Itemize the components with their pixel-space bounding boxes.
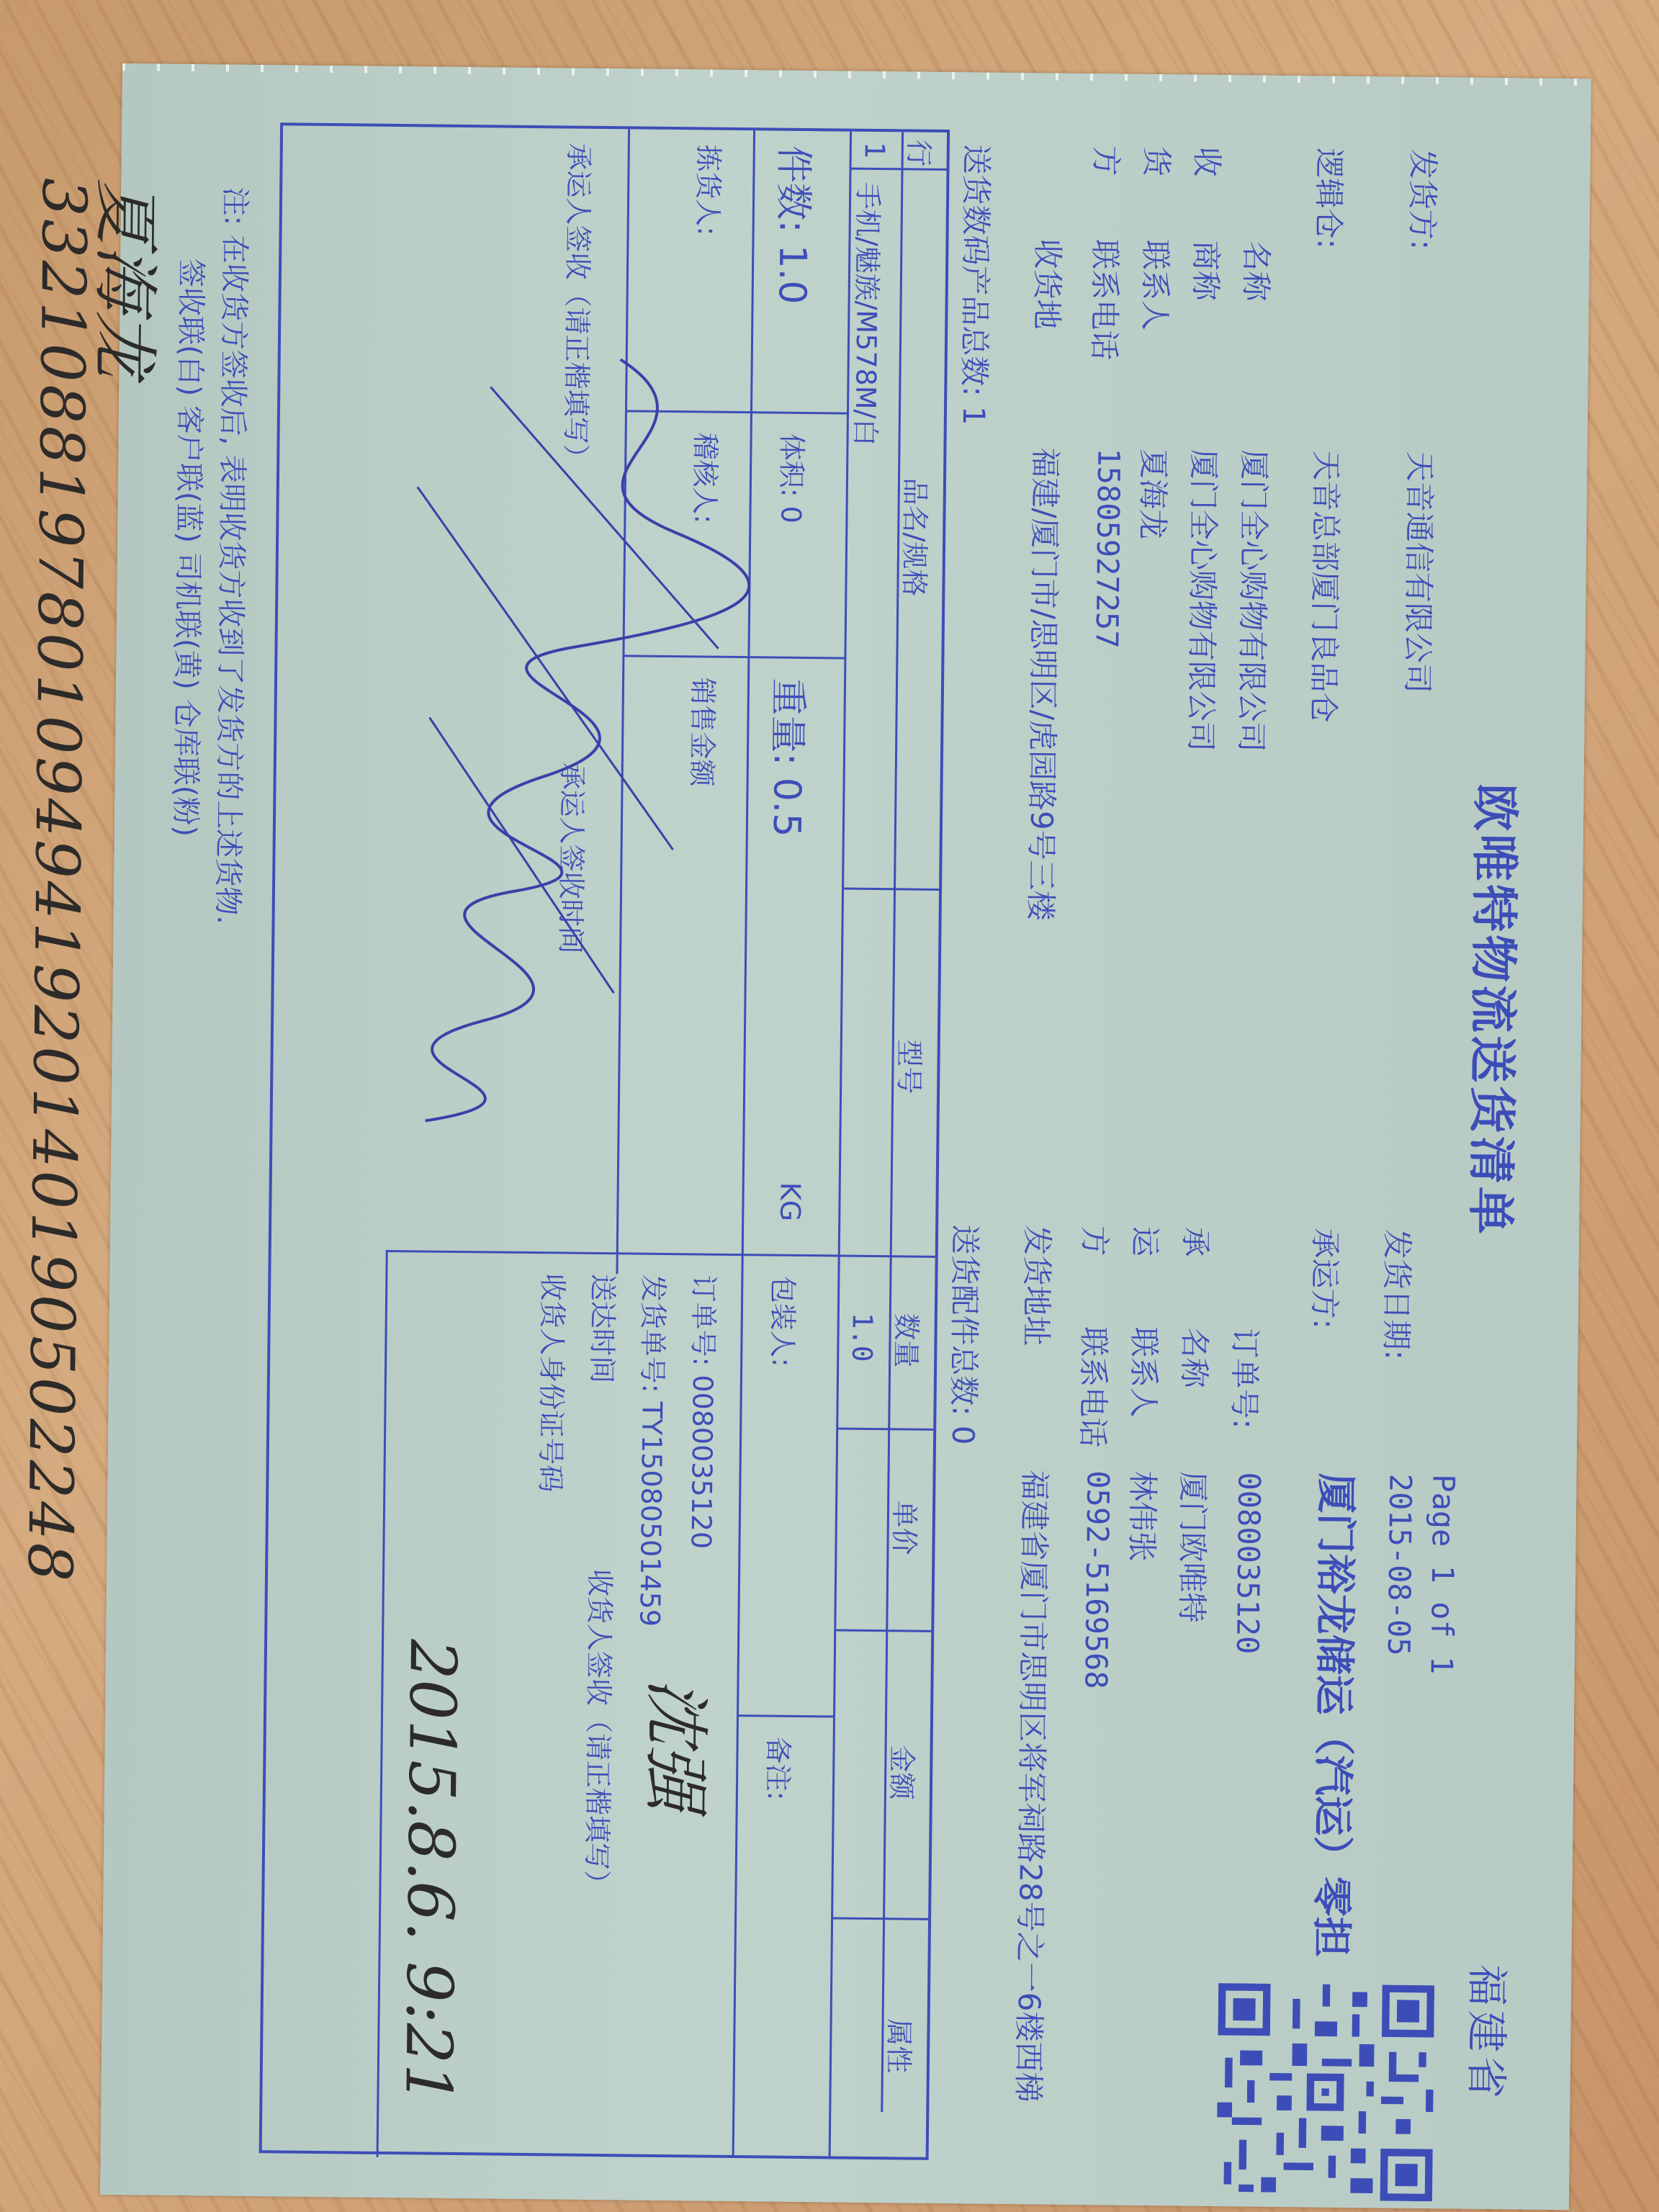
receiver-contact-label: 联系人: [1135, 240, 1179, 331]
delivery-slip: 欧唯特物流送货清单 福建省 发货方: 天音通信有限公司 逻辑仓: 天音总部厦门良…: [100, 63, 1591, 2210]
carrier-contact-value: 林伟张: [1122, 1471, 1166, 1563]
summary-remark: 备注:: [760, 1736, 801, 1800]
summary-pieces: 件数: 1.0: [769, 145, 824, 305]
ship-date-label: 发货日期:: [1376, 1228, 1421, 1360]
summary-volume: 体积: 0: [773, 433, 814, 524]
receiver-phone-value: 15805927257: [1089, 448, 1127, 649]
total-code-products: 送货数码产品总数: 1: [954, 144, 1000, 426]
warehouse-label: 逻辑仓:: [1308, 148, 1352, 249]
receiver-sign-label: 收货人签收（请正楷填写）: [579, 1569, 622, 1898]
carrier-order-value: 0080035120: [1230, 1472, 1267, 1654]
carrier-side-label-1: 承: [1176, 1226, 1219, 1257]
warehouse-value: 天音总部厦门良品仓: [1304, 450, 1350, 723]
receiver-address-label: 收货地: [1027, 238, 1071, 330]
summary-weight-unit: KG: [774, 1182, 806, 1222]
qr-code-icon: [1216, 1983, 1434, 2201]
table-header-qty: 数量: [889, 1313, 929, 1368]
carrier-name-label: 名称: [1174, 1327, 1218, 1388]
table-cell-name: 手机/魅族/M578M/白: [848, 182, 890, 446]
receiver-side-label-2: 货: [1136, 146, 1179, 177]
receiver-side-label-3: 方: [1086, 145, 1129, 176]
receiver-phone-label: 联系电话: [1084, 239, 1129, 361]
slip-content: 欧唯特物流送货清单 福建省 发货方: 天音通信有限公司 逻辑仓: 天音总部厦门良…: [150, 93, 1569, 2181]
delivery-time-label: 送达时间: [585, 1274, 626, 1384]
handwritten-signed-datetime: 2015.8.6. 9:21: [391, 1639, 470, 2104]
page-indicator: Page 1 of 1: [1424, 1474, 1462, 1675]
carrier-address-label: 发货地址: [1016, 1225, 1061, 1346]
receiver-side-label-1: 收: [1187, 146, 1230, 177]
table-cell-qty: 1.0: [846, 1313, 878, 1362]
ship-date-value: 2015-08-05: [1381, 1473, 1419, 1655]
receiver-short-value: 厦门全心购物有限公司: [1181, 449, 1227, 752]
picker-label: 拣货人:: [691, 144, 731, 235]
receiver-short-label: 商称: [1186, 240, 1230, 301]
receiver-address-value: 福建/厦门市/思明区/虎园路9号三楼: [1021, 447, 1069, 921]
carrier-contact-label: 联系人: [1123, 1327, 1167, 1419]
footer-note-line-1: 注: 在收货方签收后, 表明收货方收到了发货方的上述货物.: [209, 186, 258, 925]
table-header-amount: 金额: [884, 1745, 925, 1800]
receiver-id-label: 收货人身份证号码: [533, 1273, 575, 1493]
sender-label: 发货方:: [1402, 149, 1446, 251]
total-parts: 送货配件总数: 0: [943, 1224, 989, 1445]
receiver-name-value: 厦门全心购物有限公司: [1231, 449, 1277, 752]
table-header-model: 型号: [891, 1039, 932, 1094]
table-cell-line: 1: [859, 142, 891, 158]
carrier-side-label-2: 运: [1125, 1226, 1169, 1257]
document-title: 欧唯特物流送货清单: [1460, 783, 1534, 1238]
carrier-order-label: 订单号:: [1224, 1328, 1268, 1429]
carrier-phone-value: 0592-5169568: [1078, 1470, 1115, 1689]
receiver-name-label: 名称: [1236, 240, 1280, 302]
sender-value: 天音通信有限公司: [1398, 451, 1444, 694]
handwritten-id-number: 3321088197801094941920140190502248: [14, 178, 99, 1585]
carrier-phone-label: 联系电话: [1073, 1326, 1118, 1448]
carrier-side-label-3: 方: [1075, 1226, 1118, 1256]
table-header-price: 单价: [886, 1500, 927, 1555]
carrier-name-value: 厦门欧唯特: [1172, 1471, 1216, 1623]
carrier-signature-scribble: [382, 343, 764, 1138]
summary-order-no: 订单号: 0080035120: [683, 1274, 726, 1549]
items-table: 行 品名/规格 型号 数量 单价 金额 属性 1 手机/魅族/M578M/白 1…: [259, 122, 950, 2160]
province-label: 福建省: [1459, 1964, 1521, 2103]
receiver-contact-value: 夏海龙: [1133, 449, 1177, 540]
handwritten-signature: 沈强: [633, 1678, 729, 1811]
perforated-edge: [122, 63, 1591, 86]
summary-packer: 包装人:: [765, 1275, 805, 1367]
table-header-name: 品名/规格: [896, 477, 938, 596]
table-header-line: 行: [902, 139, 941, 167]
dispatch-no: 发货单号: TY15080501459: [632, 1274, 675, 1627]
table-header-attr: 属性: [881, 2018, 922, 2074]
carrier-address-value: 福建省厦门市思明区将军祠路28号之一6楼西梯: [1008, 1470, 1058, 2103]
carrier-label: 承运方:: [1305, 1228, 1349, 1329]
summary-weight: 重量: 0.5: [763, 678, 819, 837]
